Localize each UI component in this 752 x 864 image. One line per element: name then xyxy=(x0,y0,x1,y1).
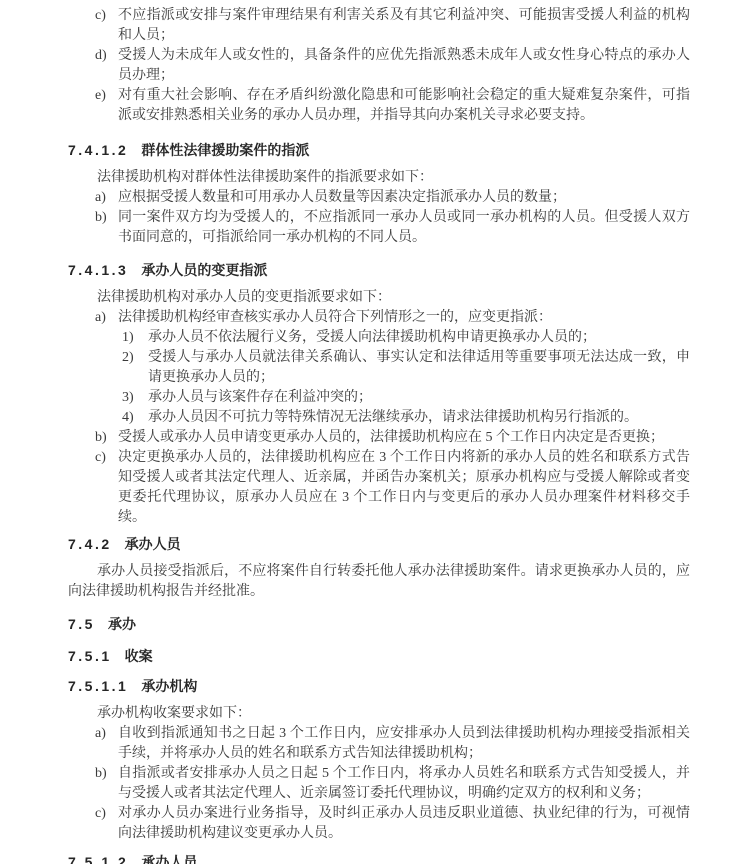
list-item-text: 法律援助机构经审查核实承办人员符合下列情形之一的，应变更指派： xyxy=(118,308,690,328)
list-item-marker: d) xyxy=(95,46,118,86)
list-item-marker: b) xyxy=(95,764,118,804)
list-item-b: b) 自指派或者安排承办人员之日起 5 个工作日内，将承办人员姓名和联系方式告知… xyxy=(95,764,690,804)
list-item-marker: c) xyxy=(95,448,118,528)
section-heading-7512: 7.5.1.2承办人员 xyxy=(68,852,690,864)
list-item-marker: b) xyxy=(95,208,118,248)
section-number: 7.4.1.3 xyxy=(68,262,128,278)
sublist-item-text: 受援人与承办人员就法律关系确认、事实认定和法律适用等重要事项无法达成一致，申请更… xyxy=(148,348,690,388)
sublist-item-marker: 4) xyxy=(122,408,148,428)
list-item-c: c) 对承办人员办案进行业务指导，及时纠正承办人员违反职业道德、执业纪律的行为，… xyxy=(95,804,690,844)
lettered-list: a) 应根据受援人数量和可用承办人员数量等因素决定指派承办人员的数量； b) 同… xyxy=(95,188,690,248)
list-item-text: 不应指派或安排与案件审理结果有利害关系及有其它利益冲突、可能损害受援人利益的机构… xyxy=(118,6,690,46)
numbered-sublist: 1) 承办人员不依法履行义务，受援人向法律援助机构申请更换承办人员的； 2) 受… xyxy=(122,328,690,428)
list-item-a: a) 应根据受援人数量和可用承办人员数量等因素决定指派承办人员的数量； xyxy=(95,188,690,208)
sublist-item-text: 承办人员不依法履行义务，受援人向法律援助机构申请更换承办人员的； xyxy=(148,328,690,348)
list-item-c: c) 决定更换承办人员的，法律援助机构应在 3 个工作日内将新的承办人员的姓名和… xyxy=(95,448,690,528)
sublist-item-marker: 2) xyxy=(122,348,148,388)
sublist-item-text: 承办人员与该案件存在利益冲突的； xyxy=(148,388,690,408)
list-item-marker: b) xyxy=(95,428,118,448)
list-item-b: b) 同一案件双方均为受援人的，不应指派同一承办人员或同一承办机构的人员。但受援… xyxy=(95,208,690,248)
list-item-a: a) 法律援助机构经审查核实承办人员符合下列情形之一的，应变更指派： 1) 承办… xyxy=(95,308,690,428)
sublist-item-marker: 3) xyxy=(122,388,148,408)
list-item-text: 对有重大社会影响、存在矛盾纠纷激化隐患和可能影响社会稳定的重大疑难复杂案件，可指… xyxy=(118,86,690,126)
list-item-a: a) 自收到指派通知书之日起 3 个工作日内，应安排承办人员到法律援助机构办理接… xyxy=(95,724,690,764)
section-heading-7413: 7.4.1.3承办人员的变更指派 xyxy=(68,260,690,280)
sublist-item-text: 承办人员因不可抗力等特殊情况无法继续承办，请求法律援助机构另行指派的。 xyxy=(148,408,690,428)
section-heading-7511: 7.5.1.1承办机构 xyxy=(68,676,690,696)
lettered-list: a) 法律援助机构经审查核实承办人员符合下列情形之一的，应变更指派： 1) 承办… xyxy=(95,308,690,528)
list-item-text: 应根据受援人数量和可用承办人员数量等因素决定指派承办人员的数量； xyxy=(118,188,690,208)
section-title: 群体性法律援助案件的指派 xyxy=(141,142,309,158)
continued-list: c) 不应指派或安排与案件审理结果有利害关系及有其它利益冲突、可能损害受援人利益… xyxy=(95,6,690,126)
list-item-marker: a) xyxy=(95,188,118,208)
section-title: 承办人员的变更指派 xyxy=(141,262,267,278)
list-item-text: 自收到指派通知书之日起 3 个工作日内，应安排承办人员到法律援助机构办理接受指派… xyxy=(118,724,690,764)
section-number: 7.5 xyxy=(68,616,95,632)
sublist-item-4: 4) 承办人员因不可抗力等特殊情况无法继续承办，请求法律援助机构另行指派的。 xyxy=(122,408,690,428)
list-item-c: c) 不应指派或安排与案件审理结果有利害关系及有其它利益冲突、可能损害受援人利益… xyxy=(95,6,690,46)
section-number: 7.4.2 xyxy=(68,536,112,552)
sublist-item-2: 2) 受援人与承办人员就法律关系确认、事实认定和法律适用等重要事项无法达成一致，… xyxy=(122,348,690,388)
section-intro: 承办机构收案要求如下： xyxy=(68,704,690,724)
list-item-d: d) 受援人为未成年人或女性的，具备条件的应优先指派熟悉未成年人或女性身心特点的… xyxy=(95,46,690,86)
document-page: c) 不应指派或安排与案件审理结果有利害关系及有其它利益冲突、可能损害受援人利益… xyxy=(0,0,752,864)
section-intro: 法律援助机构对承办人员的变更指派要求如下： xyxy=(68,288,690,308)
list-item-text: 受援人为未成年人或女性的，具备条件的应优先指派熟悉未成年人或女性身心特点的承办人… xyxy=(118,46,690,86)
section-intro: 法律援助机构对群体性法律援助案件的指派要求如下： xyxy=(68,168,690,188)
lettered-list: a) 自收到指派通知书之日起 3 个工作日内，应安排承办人员到法律援助机构办理接… xyxy=(95,724,690,844)
list-item-marker: e) xyxy=(95,86,118,126)
list-item-marker: a) xyxy=(95,724,118,764)
sublist-item-3: 3) 承办人员与该案件存在利益冲突的； xyxy=(122,388,690,408)
section-number: 7.5.1 xyxy=(68,648,112,664)
list-item-text: 自指派或者安排承办人员之日起 5 个工作日内，将承办人员姓名和联系方式告知受援人… xyxy=(118,764,690,804)
list-item-text: 受援人或承办人员申请变更承办人员的，法律援助机构应在 5 个工作日内决定是否更换… xyxy=(118,428,690,448)
section-heading-75: 7.5承办 xyxy=(68,614,690,634)
list-item-marker: c) xyxy=(95,6,118,46)
section-title: 承办人员 xyxy=(125,536,181,552)
section-title: 承办 xyxy=(108,616,136,632)
sublist-item-1: 1) 承办人员不依法履行义务，受援人向法律援助机构申请更换承办人员的； xyxy=(122,328,690,348)
section-paragraph: 承办人员接受指派后，不应将案件自行转委托他人承办法律援助案件。请求更换承办人员的… xyxy=(68,562,690,602)
list-item-text-with-sublist: 法律援助机构经审查核实承办人员符合下列情形之一的，应变更指派： 1) 承办人员不… xyxy=(118,308,690,428)
list-item-marker: a) xyxy=(95,308,118,428)
list-item-b: b) 受援人或承办人员申请变更承办人员的，法律援助机构应在 5 个工作日内决定是… xyxy=(95,428,690,448)
list-item-text: 决定更换承办人员的，法律援助机构应在 3 个工作日内将新的承办人员的姓名和联系方… xyxy=(118,448,690,528)
list-item-e: e) 对有重大社会影响、存在矛盾纠纷激化隐患和可能影响社会稳定的重大疑难复杂案件… xyxy=(95,86,690,126)
section-title: 承办机构 xyxy=(141,678,197,694)
list-item-text: 对承办人员办案进行业务指导，及时纠正承办人员违反职业道德、执业纪律的行为，可视情… xyxy=(118,804,690,844)
section-number: 7.5.1.2 xyxy=(68,854,128,864)
section-number: 7.4.1.2 xyxy=(68,142,128,158)
sublist-item-marker: 1) xyxy=(122,328,148,348)
section-number: 7.5.1.1 xyxy=(68,678,128,694)
section-heading-742: 7.4.2承办人员 xyxy=(68,534,690,554)
section-heading-751: 7.5.1收案 xyxy=(68,646,690,666)
section-title: 收案 xyxy=(125,648,153,664)
list-item-marker: c) xyxy=(95,804,118,844)
list-item-text: 同一案件双方均为受援人的，不应指派同一承办人员或同一承办机构的人员。但受援人双方… xyxy=(118,208,690,248)
section-title: 承办人员 xyxy=(141,854,197,864)
section-heading-7412: 7.4.1.2群体性法律援助案件的指派 xyxy=(68,140,690,160)
